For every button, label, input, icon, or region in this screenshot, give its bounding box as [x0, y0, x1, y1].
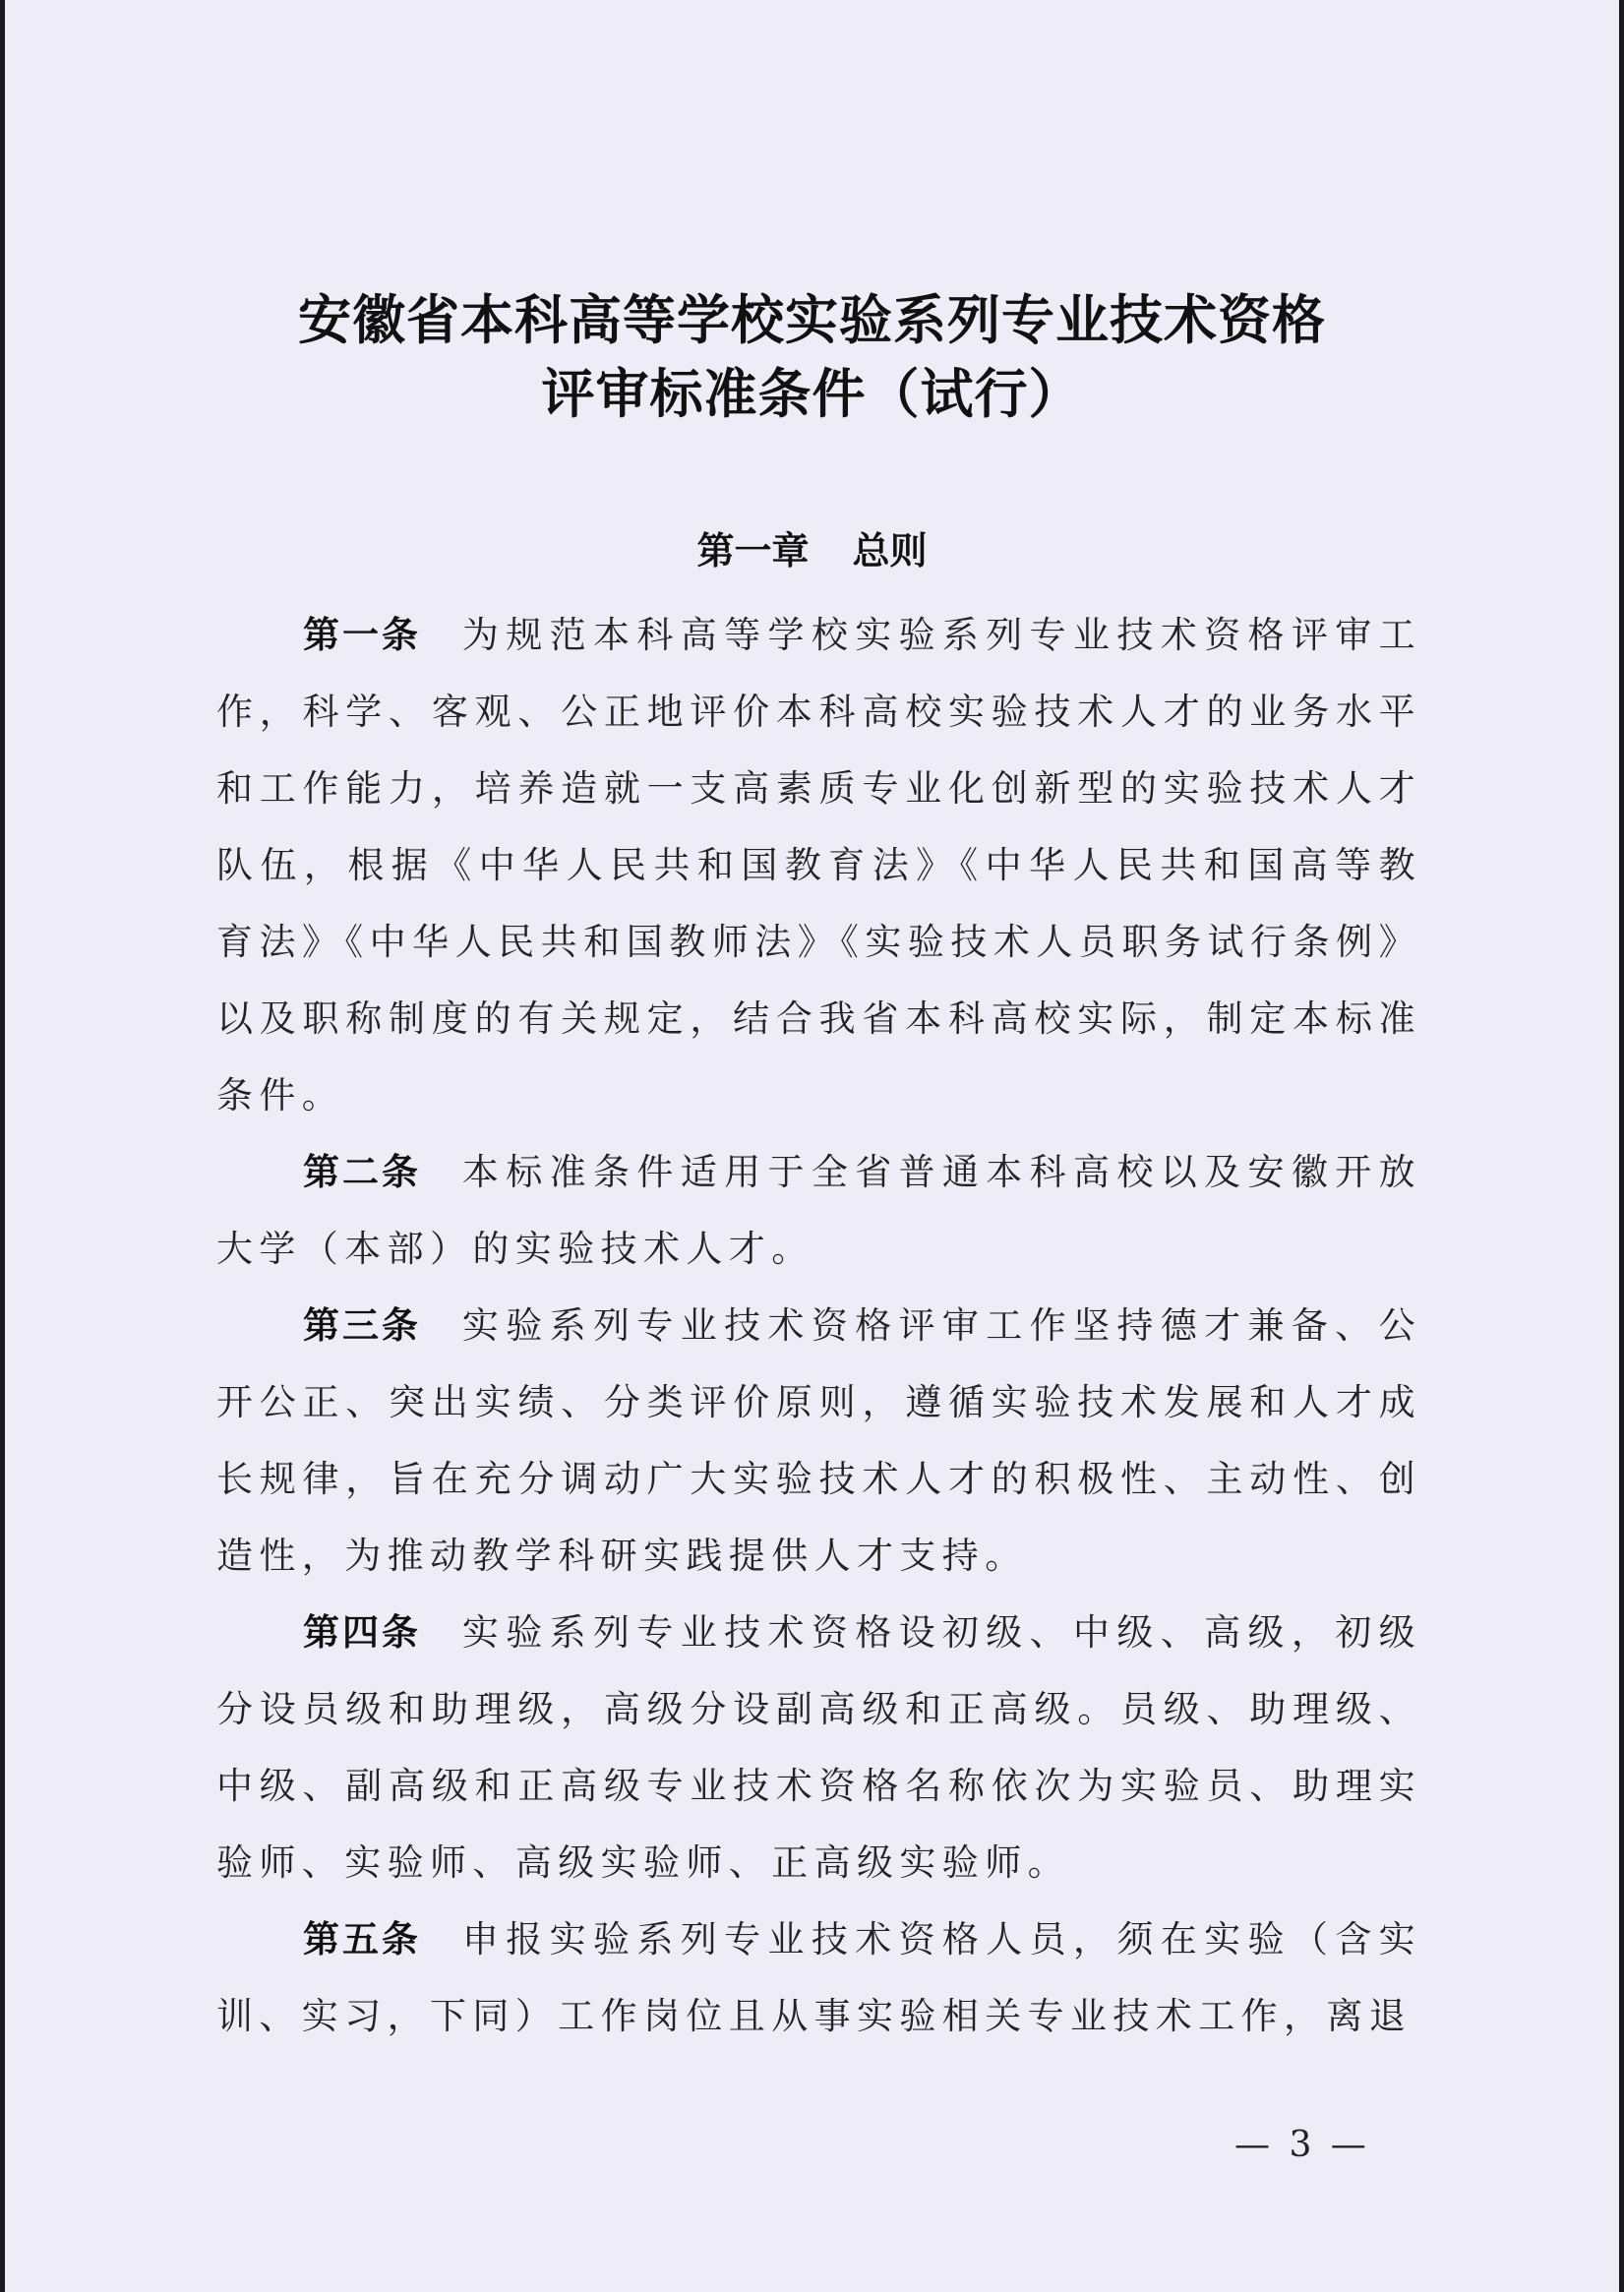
- article-paragraph: 第四条实验系列专业技术资格设初级、中级、高级，初级分设员级和助理级，高级分设副高…: [216, 1595, 1421, 1901]
- document-body: 第一条为规范本科高等学校实验系列专业技术资格评审工作，科学、客观、公正地评价本科…: [216, 597, 1421, 2055]
- article-paragraph: 第二条本标准条件适用于全省普通本科高校以及安徽开放大学（本部）的实验技术人才。: [216, 1134, 1421, 1288]
- page-number: — 3 —: [1234, 2125, 1370, 2165]
- chapter-heading: 第一章总则: [5, 521, 1619, 580]
- article-label: 第五条: [303, 1918, 421, 1960]
- chapter-name: 总则: [853, 529, 928, 573]
- article-paragraph: 第三条实验系列专业技术资格评审工作坚持德才兼备、公开公正、突出实绩、分类评价原则…: [216, 1288, 1421, 1595]
- article-paragraph: 第一条为规范本科高等学校实验系列专业技术资格评审工作，科学、客观、公正地评价本科…: [216, 597, 1421, 1134]
- article-paragraph: 第五条申报实验系列专业技术资格人员，须在实验（含实训、实习，下同）工作岗位且从事…: [216, 1901, 1421, 2055]
- article-text: 为规范本科高等学校实验系列专业技术资格评审工作，科学、客观、公正地评价本科高校实…: [216, 614, 1421, 1116]
- document-page: 安徽省本科高等学校实验系列专业技术资格 评审标准条件（试行） 第一章总则 第一条…: [5, 0, 1619, 2292]
- article-label: 第一条: [303, 614, 421, 656]
- article-label: 第三条: [303, 1304, 421, 1347]
- chapter-number: 第一章: [696, 529, 809, 573]
- article-label: 第二条: [303, 1151, 421, 1193]
- article-label: 第四条: [303, 1611, 421, 1654]
- document-title-line-2: 评审标准条件（试行）: [5, 349, 1619, 438]
